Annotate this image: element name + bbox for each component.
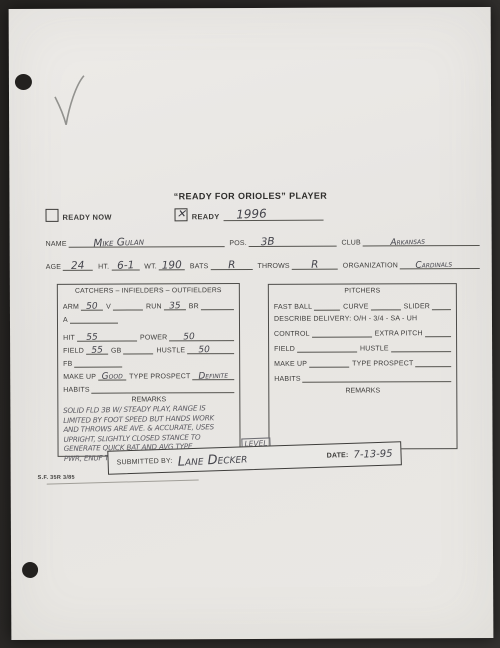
pitchers-section: PITCHERS FAST BALL CURVE SLIDER DESCRIBE… xyxy=(268,283,458,450)
ready-year-line: 1996 xyxy=(224,211,324,221)
checkbox-x-mark-icon: ✕ xyxy=(176,207,187,220)
fastball-line xyxy=(314,301,340,311)
power-value: 50 xyxy=(183,332,195,342)
fielders-section-title: CATCHERS – INFIELDERS – OUTFIELDERS xyxy=(63,287,234,295)
throws-line: R xyxy=(292,260,338,270)
ready-now-checkbox-unchecked-icon xyxy=(45,209,58,222)
submitted-by-value: Lane Decker xyxy=(177,447,322,469)
ht-value: 6-1 xyxy=(116,259,134,272)
delivery-row: DESCRIBE DELIVERY: O/H - 3/4 - SA - UH xyxy=(274,315,451,323)
arm-label: ARM xyxy=(63,304,79,311)
pitcher-makeup-line xyxy=(309,358,349,368)
slider-line xyxy=(432,300,451,310)
slider-label: SLIDER xyxy=(404,303,431,310)
bats-value: R xyxy=(228,259,236,271)
organization-line: Cardinals xyxy=(400,259,480,269)
wt-label: WT. xyxy=(144,263,157,270)
date-label: DATE: xyxy=(327,451,349,459)
pitcher-habits-line xyxy=(303,372,452,383)
habits-label: HABITS xyxy=(63,387,90,394)
makeup-value: Good xyxy=(101,371,122,382)
pitcher-field-line xyxy=(297,343,357,353)
hustle-value: 50 xyxy=(198,345,210,355)
ready-checkbox-checked-icon: ✕ xyxy=(175,208,188,221)
br-label: BR xyxy=(189,303,199,310)
curve-line xyxy=(371,300,401,310)
ht-line: 6-1 xyxy=(111,260,139,270)
type-prospect-label: TYPE PROSPECT xyxy=(129,373,190,380)
delivery-label: DESCRIBE DELIVERY: O/H - 3/4 - SA - UH xyxy=(274,315,417,323)
form-code: S.F. 35R 3/85 xyxy=(38,475,75,481)
pitcher-remarks-label: REMARKS xyxy=(274,387,451,395)
club-value: Arkansas xyxy=(390,237,425,248)
fb-label: FB xyxy=(63,361,72,368)
pitcher-makeup-label: MAKE UP xyxy=(274,361,307,368)
pitchers-section-title: PITCHERS xyxy=(274,287,451,295)
run-value: 35 xyxy=(169,301,181,311)
bats-label: BATS xyxy=(190,263,209,270)
br-line xyxy=(201,300,234,310)
pitcher-hustle-line xyxy=(391,342,451,352)
name-row: NAME Mike Gulan POS. 3B CLUB Arkansas xyxy=(46,236,480,248)
scanned-scouting-form: “READY FOR ORIOLES” PLAYER READY NOW ✕ R… xyxy=(9,7,494,640)
wt-line: 190 xyxy=(159,260,185,270)
ready-status-row: READY NOW ✕ READY 1996 xyxy=(45,207,479,222)
ready-now-label: READY NOW xyxy=(63,213,112,222)
club-label: CLUB xyxy=(341,240,361,247)
bats-line: R xyxy=(210,260,252,270)
pos-line: 3B xyxy=(249,237,337,247)
makeup-line: Good xyxy=(98,371,126,381)
organization-value: Cardinals xyxy=(415,259,452,270)
gb-line xyxy=(123,344,153,354)
a-line xyxy=(70,314,118,324)
pitcher-type-prospect-label: TYPE PROSPECT xyxy=(352,360,413,367)
fielders-section: CATCHERS – INFIELDERS – OUTFIELDERS ARM … xyxy=(57,283,241,457)
pitcher-habits-row: HABITS xyxy=(274,372,451,383)
pitcher-field-label: FIELD xyxy=(274,346,295,353)
age-row: AGE 24 HT. 6-1 WT. 190 BATS R THROWS R O… xyxy=(46,259,480,271)
makeup-label: MAKE UP xyxy=(63,374,96,381)
arm-value: 50 xyxy=(86,301,98,311)
v-line xyxy=(113,300,143,310)
field-value: 55 xyxy=(91,345,103,355)
extra-pitch-label: EXTRA PITCH xyxy=(375,330,423,337)
organization-label: ORGANIZATION xyxy=(343,262,398,269)
type-prospect-line: Definite xyxy=(192,370,234,380)
hit-value: 55 xyxy=(86,332,98,342)
ready-year-value: 1996 xyxy=(236,206,267,221)
throws-value: R xyxy=(311,259,319,271)
fastball-label: FAST BALL xyxy=(274,304,312,311)
name-label: NAME xyxy=(46,241,67,248)
age-line: 24 xyxy=(63,261,93,271)
habits-line xyxy=(92,383,235,394)
power-label: POWER xyxy=(140,334,167,341)
hit-power-row: HIT 55 POWER 50 xyxy=(63,331,234,342)
curve-label: CURVE xyxy=(343,303,368,310)
pencil-checkmark-icon xyxy=(51,73,87,129)
submitted-by-label: SUBMITTED BY: xyxy=(117,457,173,466)
hustle-label: HUSTLE xyxy=(156,347,185,354)
ht-label: HT. xyxy=(98,264,109,271)
ready-label: READY xyxy=(192,212,220,221)
hustle-line: 50 xyxy=(187,344,234,354)
player-name-value: Mike Gulan xyxy=(93,236,144,250)
field-label: FIELD xyxy=(63,348,84,355)
control-label: CONTROL xyxy=(274,331,310,338)
pitcher-hustle-label: HUSTLE xyxy=(360,345,389,352)
pitcher-makeup-row: MAKE UP TYPE PROSPECT xyxy=(274,357,451,368)
arm-run-row: ARM 50 V RUN 35 BR xyxy=(63,300,234,311)
pitcher-habits-label: HABITS xyxy=(274,376,301,383)
extra-pitch-line xyxy=(425,327,451,337)
fastball-row: FAST BALL CURVE SLIDER xyxy=(274,300,451,311)
pos-label: POS. xyxy=(229,240,247,247)
fb-line xyxy=(75,358,123,368)
field-hustle-row: FIELD 55 GB HUSTLE 50 xyxy=(63,344,234,355)
pitcher-field-row: FIELD HUSTLE xyxy=(274,342,451,353)
power-line: 50 xyxy=(169,331,234,341)
control-line xyxy=(312,327,372,337)
age-label: AGE xyxy=(46,264,61,271)
hole-punch-icon xyxy=(15,74,32,90)
control-row: CONTROL EXTRA PITCH xyxy=(274,327,451,338)
v-label: V xyxy=(106,304,111,311)
gb-label: GB xyxy=(111,348,122,355)
hit-label: HIT xyxy=(63,335,75,342)
pitcher-type-prospect-line xyxy=(415,357,451,367)
age-value: 24 xyxy=(71,259,85,272)
hole-punch-icon xyxy=(22,562,38,578)
fb-row: FB xyxy=(63,357,234,368)
name-line: Mike Gulan xyxy=(69,237,225,248)
hit-line: 55 xyxy=(77,331,137,341)
pos-value: 3B xyxy=(261,236,275,249)
field-line: 55 xyxy=(86,345,108,355)
type-prospect-value: Definite xyxy=(198,371,228,382)
form-title: “READY FOR ORIOLES” PLAYER xyxy=(9,190,491,202)
arm-line: 50 xyxy=(81,301,103,311)
club-line: Arkansas xyxy=(363,236,480,247)
a-label: A xyxy=(63,317,68,324)
wt-value: 190 xyxy=(162,259,183,272)
run-line: 35 xyxy=(164,300,186,310)
run-label: RUN xyxy=(146,303,162,310)
makeup-prospect-row: MAKE UP Good TYPE PROSPECT Definite xyxy=(63,370,234,381)
throws-label: THROWS xyxy=(257,263,289,270)
date-value: 7-13-95 xyxy=(353,448,392,460)
a-row: A xyxy=(63,313,234,324)
habits-row: HABITS xyxy=(63,383,234,394)
